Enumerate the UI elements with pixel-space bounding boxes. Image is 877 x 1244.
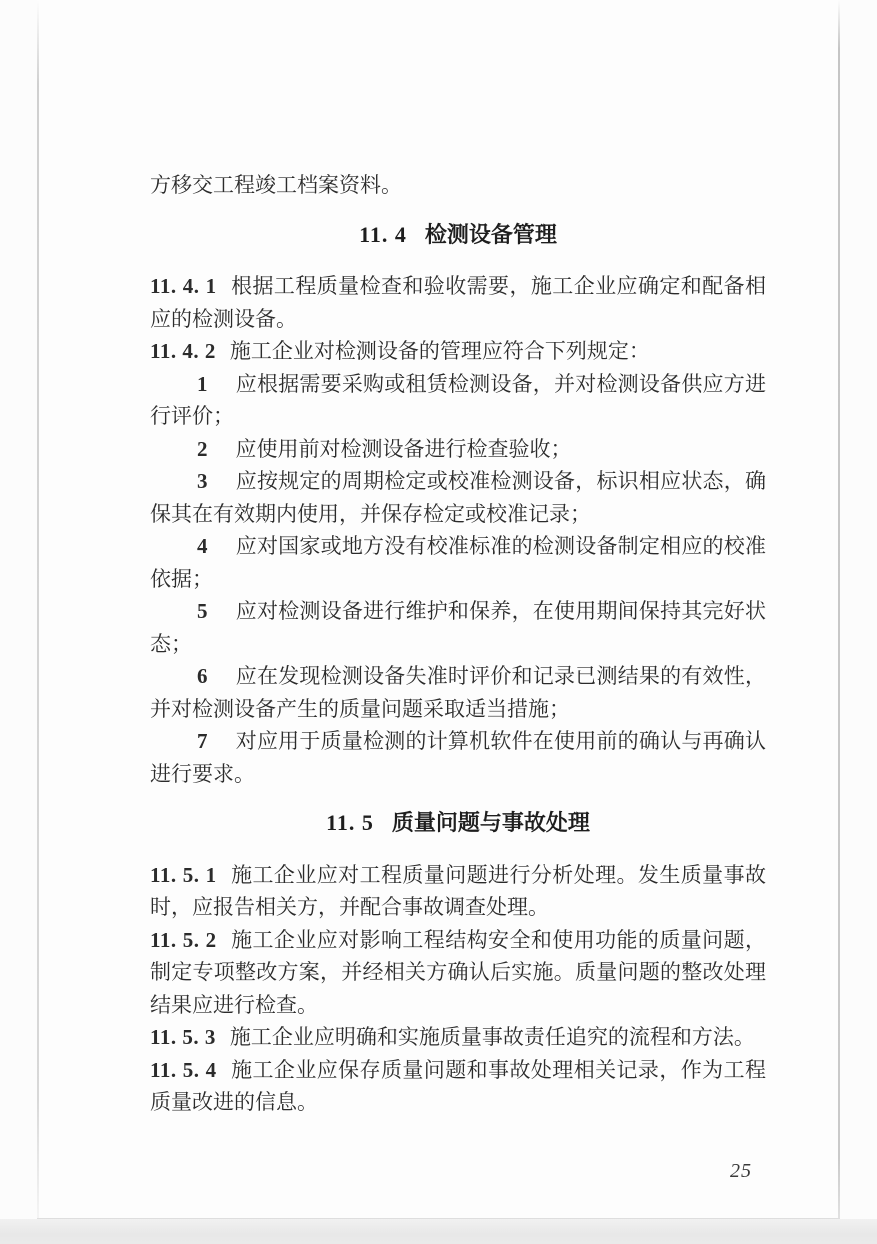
- item-text: 对应用于质量检测的计算机软件在使用前的确认与再确认进行要求。: [150, 729, 766, 786]
- item-text: 应按规定的周期检定或校准检测设备，标识相应状态，确保其在有效期内使用，并保存检定…: [150, 469, 766, 526]
- clause-number: 11. 5. 1: [150, 863, 217, 887]
- item-text: 应根据需要采购或租赁检测设备，并对检测设备供应方进行评价；: [150, 372, 766, 429]
- document-page: 方移交工程竣工档案资料。 11. 4检测设备管理 11. 4. 1根据工程质量检…: [37, 0, 840, 1219]
- item-number: 2: [197, 437, 208, 461]
- clause-11-4-2: 11. 4. 2施工企业对检测设备的管理应符合下列规定：: [150, 335, 766, 368]
- item-number: 4: [197, 534, 208, 558]
- item-number: 3: [197, 469, 208, 493]
- section-heading-11-5: 11. 5质量问题与事故处理: [150, 807, 766, 840]
- clause-text: 施工企业对检测设备的管理应符合下列规定：: [230, 339, 650, 363]
- continuation-paragraph: 方移交工程竣工档案资料。: [150, 169, 766, 202]
- section-number: 11. 5: [326, 810, 374, 835]
- list-item-5: 5应对检测设备进行维护和保养，在使用期间保持其完好状态；: [150, 595, 766, 660]
- clause-text: 施工企业应对影响工程结构安全和使用功能的质量问题，制定专项整改方案，并经相关方确…: [150, 928, 766, 1017]
- clause-number: 11. 4. 1: [150, 274, 217, 298]
- item-text: 应对检测设备进行维护和保养，在使用期间保持其完好状态；: [150, 599, 766, 656]
- clause-number: 11. 5. 2: [150, 928, 217, 952]
- clause-11-5-3: 11. 5. 3施工企业应明确和实施质量事故责任追究的流程和方法。: [150, 1021, 766, 1054]
- page-left-edge: [37, 0, 39, 1218]
- item-text: 应对国家或地方没有校准标准的检测设备制定相应的校准依据；: [150, 534, 766, 591]
- list-item-6: 6应在发现检测设备失准时评价和记录已测结果的有效性，并对检测设备产生的质量问题采…: [150, 660, 766, 725]
- clause-11-5-4: 11. 5. 4施工企业应保存质量问题和事故处理相关记录，作为工程质量改进的信息…: [150, 1054, 766, 1119]
- page-number: 25: [730, 1160, 752, 1183]
- list-item-4: 4应对国家或地方没有校准标准的检测设备制定相应的校准依据；: [150, 530, 766, 595]
- clause-number: 11. 5. 4: [150, 1058, 217, 1082]
- page-text-block: 方移交工程竣工档案资料。 11. 4检测设备管理 11. 4. 1根据工程质量检…: [150, 169, 766, 1119]
- list-item-1: 1应根据需要采购或租赁检测设备，并对检测设备供应方进行评价；: [150, 368, 766, 433]
- page-bottom-shadow: [0, 1219, 877, 1244]
- item-text: 应使用前对检测设备进行检查验收；: [236, 437, 572, 461]
- section-number: 11. 4: [359, 222, 407, 247]
- clause-11-4-1: 11. 4. 1根据工程质量检查和验收需要，施工企业应确定和配备相应的检测设备。: [150, 270, 766, 335]
- section-heading-11-4: 11. 4检测设备管理: [150, 219, 766, 252]
- clause-number: 11. 4. 2: [150, 339, 216, 363]
- clause-text: 施工企业应对工程质量问题进行分析处理。发生质量事故时，应报告相关方，并配合事故调…: [150, 863, 766, 920]
- clause-11-5-2: 11. 5. 2施工企业应对影响工程结构安全和使用功能的质量问题，制定专项整改方…: [150, 924, 766, 1022]
- list-item-2: 2应使用前对检测设备进行检查验收；: [150, 433, 766, 466]
- item-number: 6: [197, 664, 208, 688]
- scan-background: 方移交工程竣工档案资料。 11. 4检测设备管理 11. 4. 1根据工程质量检…: [0, 0, 877, 1244]
- clause-text: 施工企业应保存质量问题和事故处理相关记录，作为工程质量改进的信息。: [150, 1058, 766, 1115]
- item-number: 7: [197, 729, 208, 753]
- clause-11-5-1: 11. 5. 1施工企业应对工程质量问题进行分析处理。发生质量事故时，应报告相关…: [150, 859, 766, 924]
- item-number: 1: [197, 372, 208, 396]
- list-item-7: 7对应用于质量检测的计算机软件在使用前的确认与再确认进行要求。: [150, 725, 766, 790]
- item-number: 5: [197, 599, 208, 623]
- clause-number: 11. 5. 3: [150, 1025, 216, 1049]
- section-title: 检测设备管理: [425, 222, 557, 247]
- clause-text: 根据工程质量检查和验收需要，施工企业应确定和配备相应的检测设备。: [150, 274, 766, 331]
- clause-text: 施工企业应明确和实施质量事故责任追究的流程和方法。: [230, 1025, 755, 1049]
- item-text: 应在发现检测设备失准时评价和记录已测结果的有效性，并对检测设备产生的质量问题采取…: [150, 664, 766, 721]
- section-title: 质量问题与事故处理: [392, 810, 590, 835]
- page-right-edge: [838, 0, 840, 1218]
- list-item-3: 3应按规定的周期检定或校准检测设备，标识相应状态，确保其在有效期内使用，并保存检…: [150, 465, 766, 530]
